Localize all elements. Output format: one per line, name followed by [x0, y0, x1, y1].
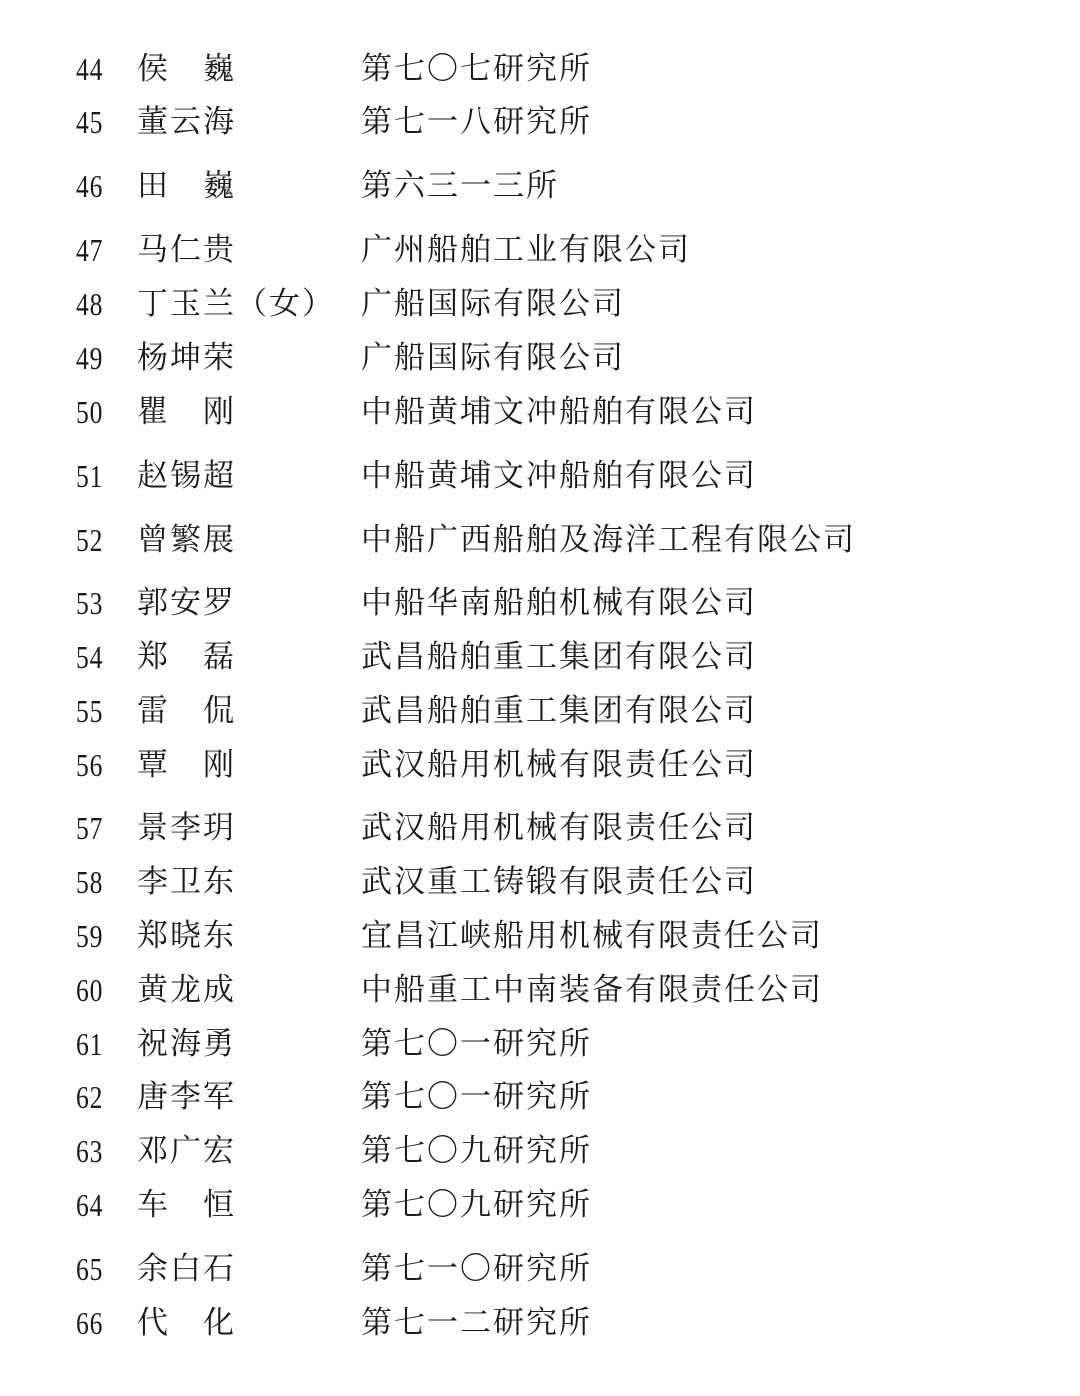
person-name: 李卫东 — [137, 857, 236, 907]
organization-name: 中船黄埔文冲船舶有限公司 — [361, 387, 757, 437]
person-name: 车 恒 — [137, 1180, 236, 1230]
organization-name: 中船黄埔文冲船舶有限公司 — [361, 451, 757, 501]
row-number: 49 — [76, 333, 103, 383]
list-row: 65余白石第七一〇研究所 — [0, 1244, 1080, 1294]
list-row: 56覃 刚武汉船用机械有限责任公司 — [0, 740, 1080, 790]
organization-name: 第七〇一研究所 — [361, 1019, 592, 1069]
organization-name: 武昌船舶重工集团有限公司 — [361, 632, 757, 682]
list-row: 64车 恒第七〇九研究所 — [0, 1180, 1080, 1230]
list-row: 57景李玥武汉船用机械有限责任公司 — [0, 803, 1080, 853]
organization-name: 中船广西船舶及海洋工程有限公司 — [361, 515, 856, 565]
list-row: 44侯 巍第七〇七研究所 — [0, 44, 1080, 94]
person-name: 曾繁展 — [137, 515, 236, 565]
list-row: 48丁玉兰（女）广船国际有限公司 — [0, 279, 1080, 329]
person-name: 杨坤荣 — [137, 333, 236, 383]
person-name: 邓广宏 — [137, 1126, 236, 1176]
person-name: 郭安罗 — [137, 578, 236, 628]
row-number: 45 — [76, 97, 103, 147]
person-name: 余白石 — [137, 1244, 236, 1294]
row-number: 56 — [76, 740, 103, 790]
organization-name: 第七〇九研究所 — [361, 1180, 592, 1230]
list-row: 45董云海第七一八研究所 — [0, 97, 1080, 147]
organization-name: 第七一二研究所 — [361, 1298, 592, 1348]
person-name: 赵锡超 — [137, 451, 236, 501]
row-number: 60 — [76, 965, 103, 1015]
list-row: 52曾繁展中船广西船舶及海洋工程有限公司 — [0, 515, 1080, 565]
organization-name: 第六三一三所 — [361, 161, 559, 211]
organization-name: 武汉船用机械有限责任公司 — [361, 740, 757, 790]
list-row: 50瞿 刚中船黄埔文冲船舶有限公司 — [0, 387, 1080, 437]
organization-name: 武汉重工铸锻有限责任公司 — [361, 857, 757, 907]
row-number: 65 — [76, 1244, 103, 1294]
list-row: 51赵锡超中船黄埔文冲船舶有限公司 — [0, 451, 1080, 501]
person-name: 黄龙成 — [137, 965, 236, 1015]
person-name: 代 化 — [137, 1298, 236, 1348]
organization-name: 武昌船舶重工集团有限公司 — [361, 686, 757, 736]
person-name: 祝海勇 — [137, 1019, 236, 1069]
person-name: 马仁贵 — [137, 225, 236, 275]
list-row: 63邓广宏第七〇九研究所 — [0, 1126, 1080, 1176]
list-row: 46田 巍第六三一三所 — [0, 161, 1080, 211]
list-row: 66代 化第七一二研究所 — [0, 1298, 1080, 1348]
row-number: 66 — [76, 1298, 103, 1348]
list-row: 47马仁贵广州船舶工业有限公司 — [0, 225, 1080, 275]
person-name: 雷 侃 — [137, 686, 236, 736]
list-row: 62唐李军第七〇一研究所 — [0, 1072, 1080, 1122]
organization-name: 广船国际有限公司 — [361, 333, 625, 383]
person-name: 覃 刚 — [137, 740, 236, 790]
row-number: 53 — [76, 578, 103, 628]
list-row: 54郑 磊武昌船舶重工集团有限公司 — [0, 632, 1080, 682]
organization-name: 宜昌江峡船用机械有限责任公司 — [361, 911, 823, 961]
person-name: 侯 巍 — [137, 44, 236, 94]
row-number: 64 — [76, 1180, 103, 1230]
list-row: 55雷 侃武昌船舶重工集团有限公司 — [0, 686, 1080, 736]
list-row: 60黄龙成中船重工中南装备有限责任公司 — [0, 965, 1080, 1015]
person-name: 田 巍 — [137, 161, 236, 211]
organization-name: 中船华南船舶机械有限公司 — [361, 578, 757, 628]
person-name: 唐李军 — [137, 1072, 236, 1122]
row-number: 62 — [76, 1072, 103, 1122]
organization-name: 武汉船用机械有限责任公司 — [361, 803, 757, 853]
organization-name: 广州船舶工业有限公司 — [361, 225, 691, 275]
row-number: 57 — [76, 803, 103, 853]
row-number: 63 — [76, 1126, 103, 1176]
organization-name: 第七一〇研究所 — [361, 1244, 592, 1294]
list-row: 58李卫东武汉重工铸锻有限责任公司 — [0, 857, 1080, 907]
row-number: 55 — [76, 686, 103, 736]
list-row: 49杨坤荣广船国际有限公司 — [0, 333, 1080, 383]
person-name: 董云海 — [137, 97, 236, 147]
list-row: 61祝海勇第七〇一研究所 — [0, 1019, 1080, 1069]
organization-name: 第七〇九研究所 — [361, 1126, 592, 1176]
row-number: 54 — [76, 632, 103, 682]
person-name: 郑 磊 — [137, 632, 236, 682]
row-number: 48 — [76, 279, 103, 329]
organization-name: 第七〇一研究所 — [361, 1072, 592, 1122]
person-name: 景李玥 — [137, 803, 236, 853]
row-number: 50 — [76, 387, 103, 437]
organization-name: 中船重工中南装备有限责任公司 — [361, 965, 823, 1015]
row-number: 59 — [76, 911, 103, 961]
row-number: 58 — [76, 857, 103, 907]
person-name: 瞿 刚 — [137, 387, 236, 437]
row-number: 52 — [76, 515, 103, 565]
row-number: 46 — [76, 161, 103, 211]
organization-name: 第七〇七研究所 — [361, 44, 592, 94]
person-name: 丁玉兰（女） — [137, 279, 335, 329]
person-name: 郑晓东 — [137, 911, 236, 961]
row-number: 51 — [76, 451, 103, 501]
row-number: 44 — [76, 44, 103, 94]
list-row: 59郑晓东宜昌江峡船用机械有限责任公司 — [0, 911, 1080, 961]
organization-name: 广船国际有限公司 — [361, 279, 625, 329]
list-row: 53郭安罗中船华南船舶机械有限公司 — [0, 578, 1080, 628]
row-number: 61 — [76, 1019, 103, 1069]
row-number: 47 — [76, 225, 103, 275]
organization-name: 第七一八研究所 — [361, 97, 592, 147]
